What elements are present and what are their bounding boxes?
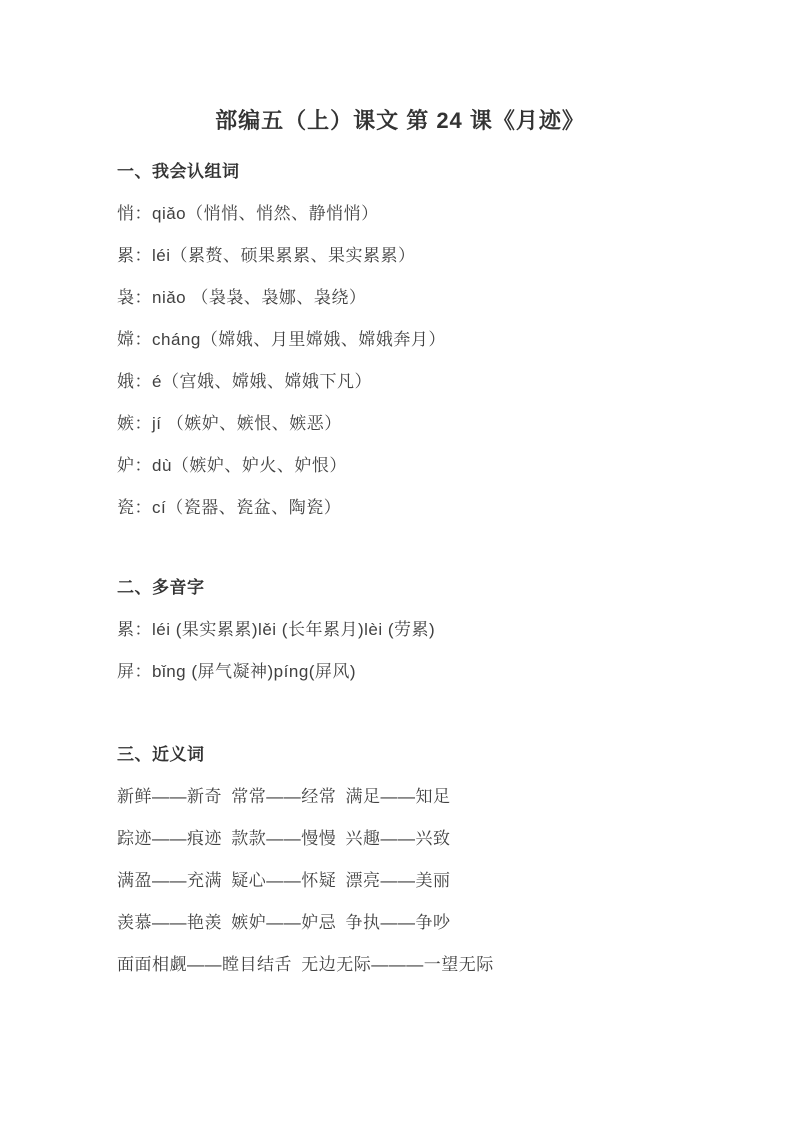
text-line: 面面相觑——瞠目结舌 无边无际———一望无际 [117,944,683,986]
section: 二、多音字累：léi (果实累累)lěi (长年累月)lèi (劳累)屏：bǐn… [117,567,683,693]
section: 一、我会认组词悄：qiǎo（悄悄、悄然、静悄悄）累：léi（累赘、硕果累累、果实… [117,151,683,529]
text-line: 袅：niǎo （袅袅、袅娜、袅绕） [117,277,683,319]
text-line: 娥：é（宫娥、嫦娥、嫦娥下凡） [117,361,683,403]
section-heading: 一、我会认组词 [117,151,683,193]
text-line: 嫉：jí （嫉妒、嫉恨、嫉恶） [117,403,683,445]
section-heading: 三、近义词 [117,734,683,776]
text-line: 累：léi (果实累累)lěi (长年累月)lèi (劳累) [117,609,683,651]
text-line: 踪迹——痕迹 款款——慢慢 兴趣——兴致 [117,818,683,860]
document-body: 部编五（上）课文 第 24 课《月迹》 一、我会认组词悄：qiǎo（悄悄、悄然、… [0,0,793,986]
text-line: 羡慕——艳羡 嫉妒——妒忌 争执——争吵 [117,902,683,944]
section-heading: 二、多音字 [117,567,683,609]
text-line: 嫦：cháng（嫦娥、月里嫦娥、嫦娥奔月） [117,319,683,361]
text-line: 屏：bǐng (屏气凝神)píng(屏风) [117,651,683,693]
document-title: 部编五（上）课文 第 24 课《月迹》 [117,0,683,138]
text-line: 累：léi（累赘、硕果累累、果实累累） [117,235,683,277]
text-line: 瓷：cí（瓷器、瓷盆、陶瓷） [117,487,683,529]
text-line: 悄：qiǎo（悄悄、悄然、静悄悄） [117,193,683,235]
section: 三、近义词新鲜——新奇 常常——经常 满足——知足踪迹——痕迹 款款——慢慢 兴… [117,734,683,986]
document-page: 部编五（上）课文 第 24 课《月迹》 一、我会认组词悄：qiǎo（悄悄、悄然、… [0,0,793,1122]
text-line: 满盈——充满 疑心——怀疑 漂亮——美丽 [117,860,683,902]
text-line: 妒：dù（嫉妒、妒火、妒恨） [117,445,683,487]
text-line: 新鲜——新奇 常常——经常 满足——知足 [117,776,683,818]
